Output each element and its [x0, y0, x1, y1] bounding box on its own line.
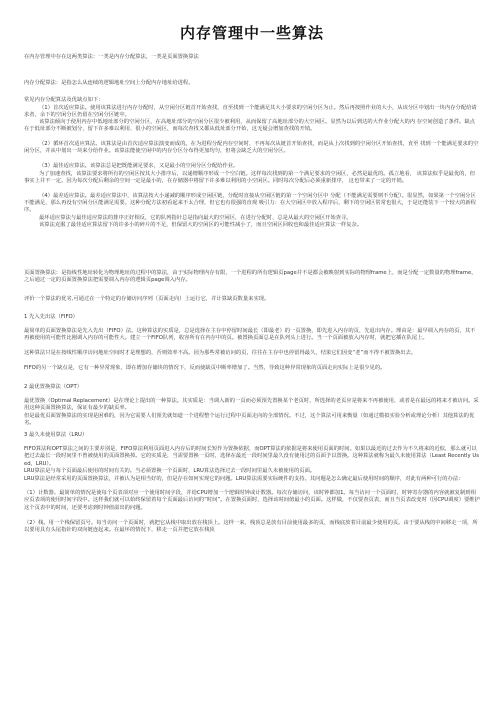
fifo-paragraph: 最简单的页面置换算法是先入先出（FIFO）法。这种算法的实质是，总是选择在主存中…	[24, 328, 480, 343]
worst-fit-conclusion: 该算法克服了最佳适应算法留下的许多小的碎片的不足，但保留大的空闲区的可能性减小了…	[24, 222, 480, 229]
lru-detail: LRU算法是与每个页面最后使用的时间有关的。当必须置换一个页面时，LRU算法选择…	[24, 468, 480, 475]
lru-stack-method: （2）栈。用一个栈保留页号。每当访问一个页面时，就把它从栈中取出放在栈顶上。这样…	[24, 520, 480, 535]
fifo-detail: 这种算法只是在按线性顺序访问地址空间时才是理想的，否则效率不高。因为那些常被访问…	[24, 350, 480, 357]
page-replacement-definition: 页面置换算法：是指线性地址转化为物理地址的过程中的算法，由于实际物理内存有限，一…	[24, 270, 480, 285]
first-fit-detail: 该算法倾向于使用内存中低地址部分的空闲分区，在高地址部分的空闲分区很少被利用，从…	[24, 119, 480, 134]
worst-fit-detail: 最坏适应算法与最佳适应算法的排序正好相反，它的队列指针总是指向最大的空闲区，在进…	[24, 215, 480, 222]
lru-counter-method: （1）计数器。最简单的情况是使每个页表项对应一个使用时间字段，并给CPU增加一个…	[24, 490, 480, 512]
alloc-definition: 内存分配算法：是指怎么从连续的逻辑地址空间上分配内存地址给进程。	[24, 80, 480, 87]
evaluation-paragraph: 评价一个算法的优劣,可通过在一个特定的存储访问序列（页面走向）上运行它，并计算缺…	[24, 296, 480, 303]
fifo-heading: 1 先入先出法（FIFO）	[24, 314, 480, 321]
fifo-anomaly: FIFO的另一个缺点是，它有一种异常现象，即在增加存储块的情况下，反而使缺页中断…	[24, 365, 480, 372]
first-fit-paragraph: （1）首次适应算法。使用该算法进行内存分配时，从空闲分区链首开始查找，直至找到一…	[24, 105, 480, 120]
document-page: 内存管理中一些算法 在内存管理中存在这两类算法：一类是内存分配算法，一类是页面置…	[0, 0, 504, 713]
worst-fit-paragraph: （4）最差适应算法。最差适应算法中，该算法按大小递减的顺序形成空闲区链，分配时直…	[24, 193, 480, 215]
best-fit-detail: 为了加速查找，该算法要求将所有的空闲区按其大小排序后，以递增顺序形成一个空白链。…	[24, 171, 480, 186]
lru-heading: 3 最久未使用算法（LRU）	[24, 432, 480, 439]
opt-paragraph: 最优置换（Optimal Replacement）是在理论上提出的一种算法。其实…	[24, 398, 480, 413]
document-title: 内存管理中一些算法	[0, 22, 504, 43]
lru-paragraph: FIFO算法和OPT算法之间的主要差别是，FIFO算法利用页面进入内存后的时间长…	[24, 446, 480, 468]
alloc-list-heading: 常见内存分配算法及优缺点如下：	[24, 97, 480, 104]
next-fit-paragraph: （2）循环首次适应算法。该算法是由首次适应算法演变而成的。在为进程分配内存空间时…	[24, 141, 480, 156]
intro-paragraph: 在内存管理中存在这两类算法：一类是内存分配算法，一类是页面置换算法	[24, 54, 480, 61]
best-fit-paragraph: （3）最佳适应算法。该算法总是把既能满足要求，又是最小的空闲分区分配给作业。	[24, 163, 480, 170]
opt-heading: 2 最优置换算法（OPT）	[24, 384, 480, 391]
lru-implementation: LRU算法是经常采用的页面置换算法，并被认为是相当好的，但是存在如何实现它的问题…	[24, 476, 480, 483]
opt-detail: 但是最优页面置换算法的实现是困难的，因为它需要人们预先就知道一个进程整个运行过程…	[24, 413, 480, 428]
